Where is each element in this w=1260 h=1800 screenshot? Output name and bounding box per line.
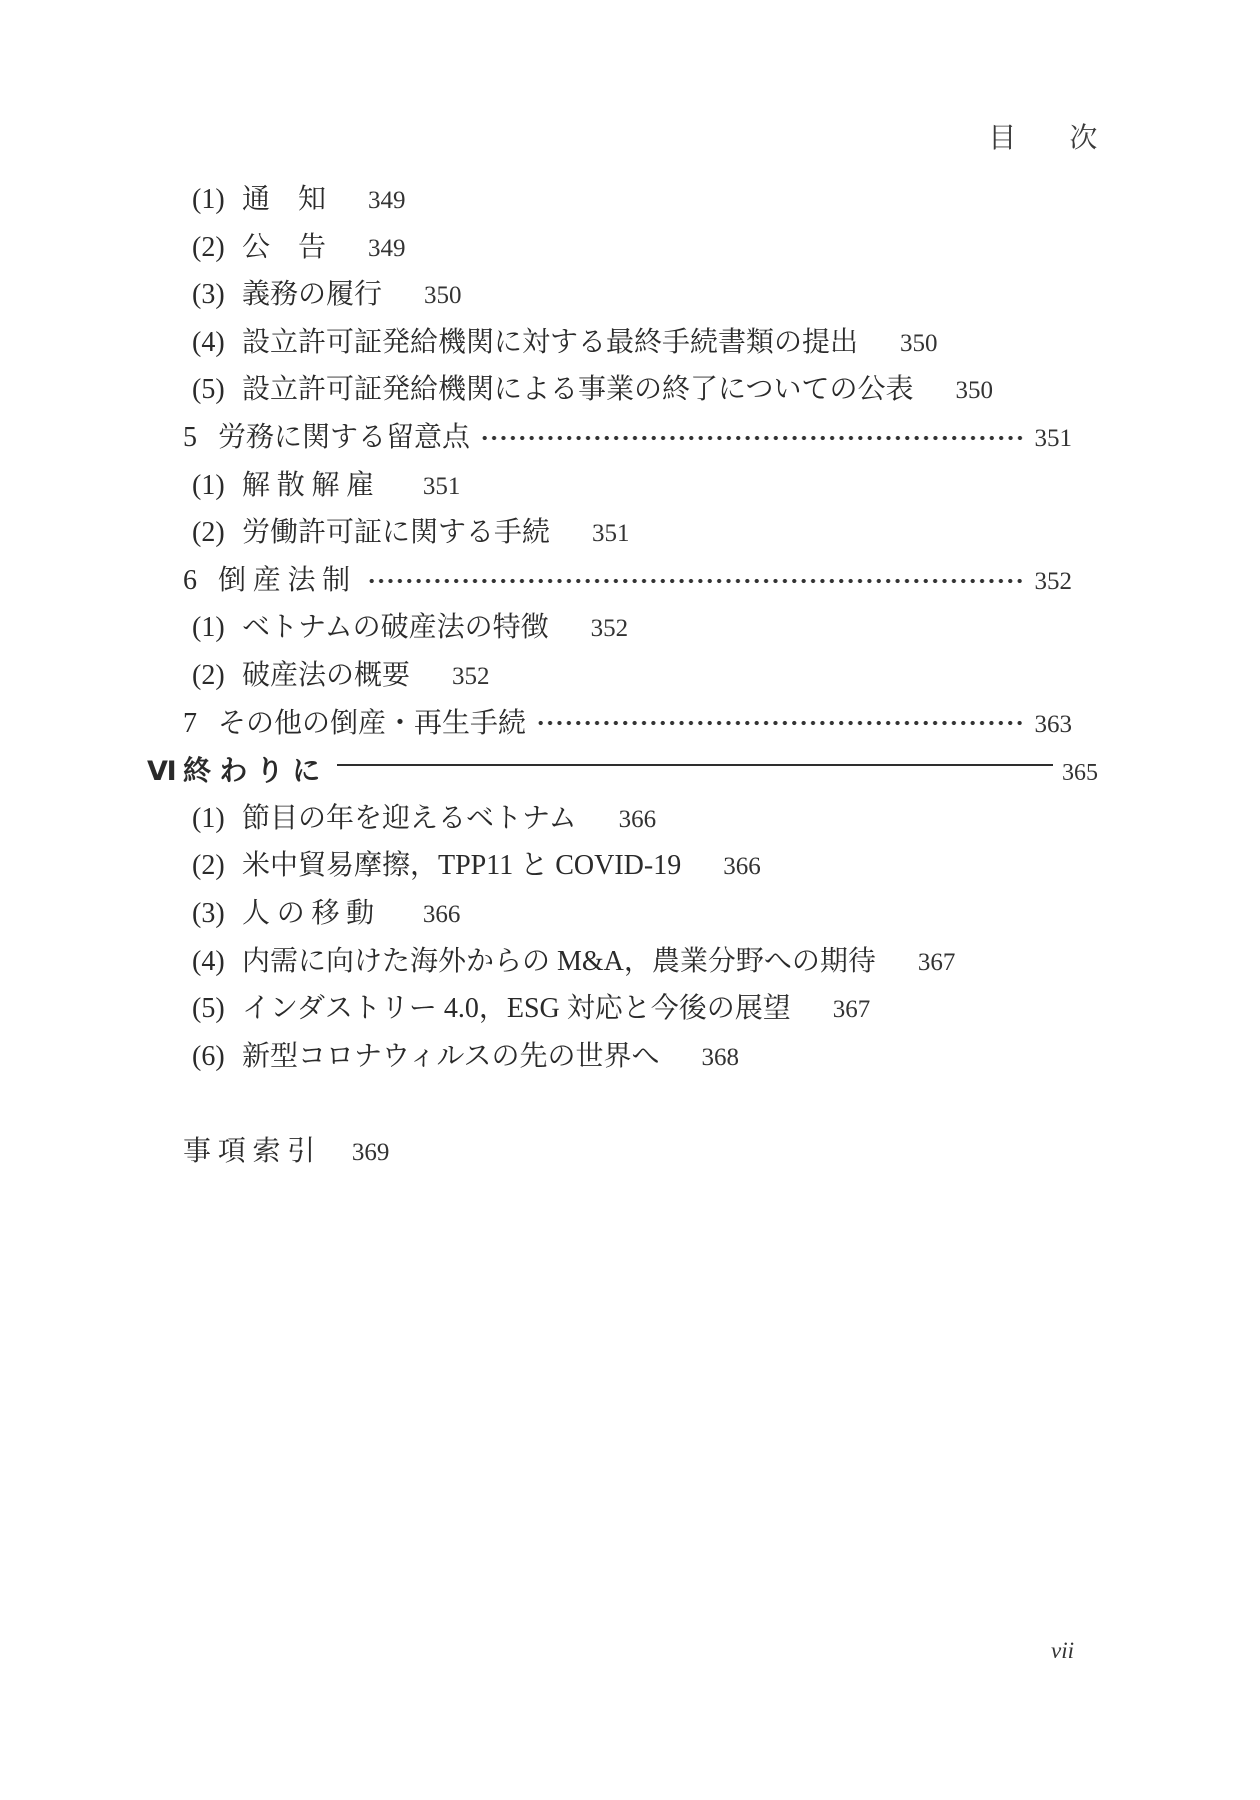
entry-page: 366 <box>423 891 461 939</box>
part-numeral: Ⅵ <box>147 748 183 796</box>
toc-index-entry: 事項索引 369 <box>0 1128 1260 1176</box>
entry-page: 363 <box>1035 701 1073 749</box>
entry-page: 351 <box>592 510 630 558</box>
entry-number: (2) <box>192 224 242 272</box>
entry-title: 設立許可証発給機関による事業の終了についての公表 <box>242 366 913 414</box>
entry-number: (4) <box>192 319 242 367</box>
entry-page: 350 <box>424 272 462 320</box>
entry-title: 設立許可証発給機関に対する最終手続書類の提出 <box>242 319 858 367</box>
toc-entry: (2) 米中貿易摩擦，TPP11 と COVID-19 366 <box>0 842 1260 890</box>
entry-number: (6) <box>192 1033 242 1081</box>
entry-title: 米中貿易摩擦，TPP11 と COVID-19 <box>242 842 681 890</box>
toc-entry: (2) 公 告 349 <box>0 224 1260 272</box>
entry-title: インダストリー 4.0，ESG 対応と今後の展望 <box>242 985 791 1033</box>
entry-number: (5) <box>192 366 242 414</box>
page-number: vii <box>1051 1638 1074 1664</box>
entry-page: 349 <box>368 225 406 273</box>
entry-page: 367 <box>918 939 956 987</box>
entry-number: (3) <box>192 890 242 938</box>
toc-section-entry: 7 その他の倒産・再生手続 363 <box>0 700 1260 748</box>
entry-page: 351 <box>1035 415 1073 463</box>
dot-leader <box>536 718 1024 728</box>
entry-title: 義務の履行 <box>242 271 382 319</box>
dot-leader <box>367 576 1025 586</box>
entry-number: (5) <box>192 985 242 1033</box>
toc-entry: (1) 解散解雇 351 <box>0 462 1260 510</box>
entry-number: (1) <box>192 176 242 224</box>
entry-number: 5 <box>183 414 218 462</box>
entry-title: 節目の年を迎えるベトナム <box>242 795 577 843</box>
toc-entry: (6) 新型コロナウィルスの先の世界へ 368 <box>0 1033 1260 1081</box>
entry-page: 369 <box>352 1129 390 1177</box>
entry-page: 351 <box>423 463 461 511</box>
entry-title: 公 告 <box>242 224 326 272</box>
entry-number: (2) <box>192 509 242 557</box>
entry-number: (4) <box>192 938 242 986</box>
entry-number: (1) <box>192 795 242 843</box>
entry-page: 352 <box>452 653 490 701</box>
toc-list: (1) 通 知 349 (2) 公 告 349 (3) 義務の履行 350 (4… <box>0 176 1260 1175</box>
toc-entry: (5) インダストリー 4.0，ESG 対応と今後の展望 367 <box>0 985 1260 1033</box>
book-toc-page: 目 次 (1) 通 知 349 (2) 公 告 349 (3) 義務の履行 35… <box>0 0 1260 1800</box>
rule-leader <box>337 764 1053 766</box>
entry-title: 内需に向けた海外からの M&A，農業分野への期待 <box>242 938 876 986</box>
toc-entry: (2) 破産法の概要 352 <box>0 652 1260 700</box>
toc-entry: (3) 人の移動 366 <box>0 890 1260 938</box>
toc-entry: (1) ベトナムの破産法の特徴 352 <box>0 604 1260 652</box>
entry-title: 終わりに <box>183 747 329 795</box>
entry-title: 倒産法制 <box>218 557 357 605</box>
toc-entry: (2) 労働許可証に関する手続 351 <box>0 509 1260 557</box>
entry-title: その他の倒産・再生手続 <box>218 700 526 748</box>
toc-entry: (4) 設立許可証発給機関に対する最終手続書類の提出 350 <box>0 319 1260 367</box>
entry-number: (1) <box>192 462 242 510</box>
dot-leader <box>480 433 1024 443</box>
entry-page: 352 <box>591 605 629 653</box>
entry-number: (1) <box>192 604 242 652</box>
entry-page: 365 <box>1062 750 1098 798</box>
toc-section-entry: 5 労務に関する留意点 351 <box>0 414 1260 462</box>
entry-number: 6 <box>183 557 218 605</box>
entry-title: 破産法の概要 <box>242 652 410 700</box>
entry-number: (3) <box>192 271 242 319</box>
entry-title: 通 知 <box>242 176 326 224</box>
entry-title: 解散解雇 <box>242 462 381 510</box>
entry-number: (2) <box>192 652 242 700</box>
entry-page: 366 <box>723 843 761 891</box>
entry-number: 7 <box>183 700 218 748</box>
entry-title: 人の移動 <box>242 890 381 938</box>
page-title: 目 次 <box>0 116 1110 156</box>
entry-title: 新型コロナウィルスの先の世界へ <box>242 1033 659 1081</box>
toc-entry: (5) 設立許可証発給機関による事業の終了についての公表 350 <box>0 366 1260 414</box>
toc-section-entry: 6 倒産法制 352 <box>0 557 1260 605</box>
toc-entry: (4) 内需に向けた海外からの M&A，農業分野への期待 367 <box>0 938 1260 986</box>
entry-page: 349 <box>368 177 406 225</box>
toc-entry: (1) 通 知 349 <box>0 176 1260 224</box>
entry-number: (2) <box>192 842 242 890</box>
entry-title: ベトナムの破産法の特徴 <box>242 604 549 652</box>
entry-title: 労働許可証に関する手続 <box>242 509 550 557</box>
toc-entry: (1) 節目の年を迎えるベトナム 366 <box>0 795 1260 843</box>
entry-title: 労務に関する留意点 <box>218 414 470 462</box>
entry-page: 350 <box>900 320 938 368</box>
vertical-gap <box>0 1080 1260 1128</box>
entry-title: 事項索引 <box>183 1128 322 1176</box>
toc-part-heading: Ⅵ 終わりに 365 <box>0 747 1260 795</box>
toc-entry: (3) 義務の履行 350 <box>0 271 1260 319</box>
entry-page: 366 <box>619 796 657 844</box>
entry-page: 352 <box>1035 558 1073 606</box>
entry-page: 350 <box>955 367 993 415</box>
entry-page: 367 <box>833 986 871 1034</box>
entry-page: 368 <box>701 1034 739 1082</box>
